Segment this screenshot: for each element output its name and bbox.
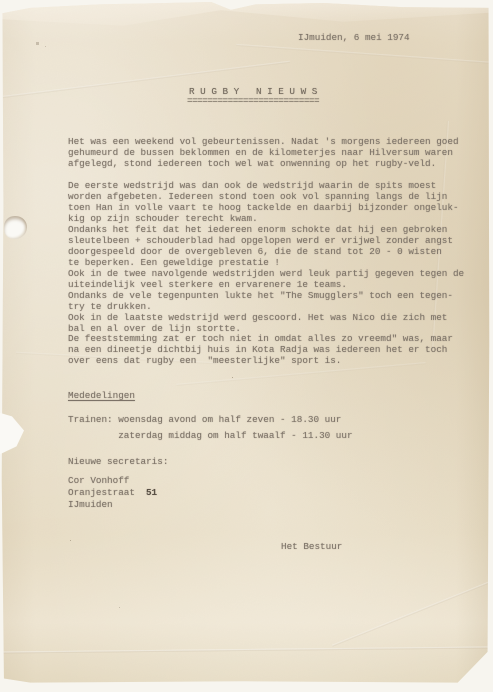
letter-title-underline: ========================== <box>187 95 319 106</box>
paper-specks <box>1 1 2 2</box>
paper-top-fold <box>1 1 490 27</box>
paper-crease <box>236 44 493 64</box>
paragraph-first-match: De eerste wedstrijd was dan ook de wedst… <box>68 180 459 224</box>
announcements-heading: Mededelingen <box>68 390 135 401</box>
secretary-house-number: 51 <box>146 487 157 498</box>
paragraph-dinner: De feeststemming zat er toch niet in omd… <box>68 333 453 366</box>
paragraph-weekend: Het was een weekend vol gebeurtenissen. … <box>68 136 459 169</box>
paper-crease <box>332 581 490 647</box>
paper-crease <box>0 646 493 653</box>
secretary-heading: Nieuwe secretaris: <box>68 456 168 467</box>
paper-sheet: IJmuiden, 6 mei 1974 R U G B Y N I E U W… <box>1 1 490 684</box>
dateline: IJmuiden, 6 mei 1974 <box>298 32 410 43</box>
secretary-city: IJmuiden <box>68 499 113 510</box>
paragraph-next-matches: Ook in de twee navolgende wedstrijden we… <box>68 268 464 290</box>
signoff: Het Bestuur <box>281 541 342 552</box>
scanned-letter: IJmuiden, 6 mei 1974 R U G B Y N I E U W… <box>0 0 493 692</box>
paragraph-smugglers: Ondanks de vele tegenpunten lukte het "T… <box>68 290 453 312</box>
paragraph-injury: Ondanks het feit dat het iedereen enorm … <box>68 224 453 268</box>
secretary-street: Oranjestraat <box>68 487 135 498</box>
secretary-address: Cor Vonhoff Oranjestraat51 IJmuiden <box>68 475 157 511</box>
secretary-name: Cor Vonhoff <box>68 475 129 486</box>
paragraph-last-match: Ook in de laatste wedstrijd werd gescoor… <box>68 312 447 334</box>
training-schedule: Trainen: woensdag avond om half zeven - … <box>68 412 353 443</box>
